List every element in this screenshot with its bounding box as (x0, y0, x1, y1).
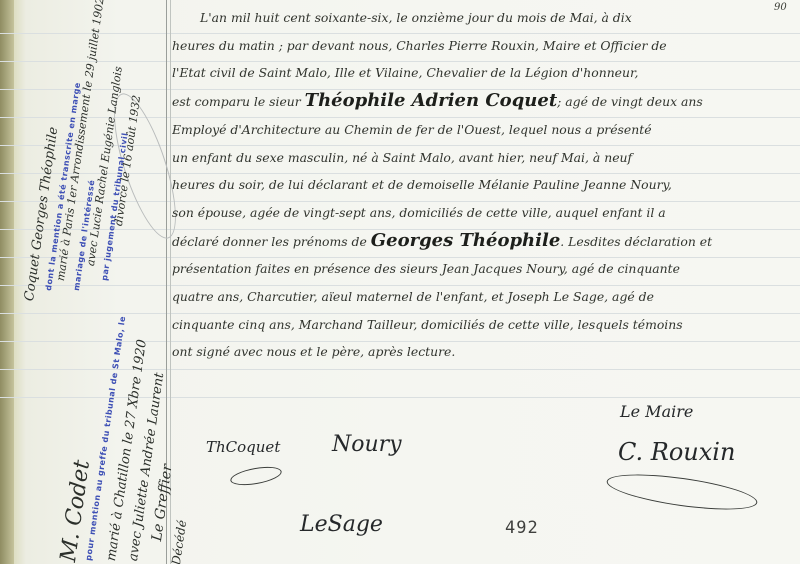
entry-line: quatre ans, Charcutier, aïeul maternel d… (172, 283, 792, 311)
entry-line-child: déclaré donner les prénoms de Georges Th… (172, 227, 792, 256)
entry-line: ont signé avec nous et le père, après le… (172, 338, 792, 366)
book-binding (0, 0, 14, 564)
register-number-stamp: 492 (505, 518, 539, 538)
entry-line: heures du matin ; par devant nous, Charl… (172, 32, 792, 60)
entry-line: un enfant du sexe masculin, né à Saint M… (172, 144, 792, 172)
register-page: Coquet Georges Théophile dont la mention… (0, 0, 800, 564)
margin-annotations: Coquet Georges Théophile dont la mention… (14, 0, 164, 564)
entry-line-father: est comparu le sieur Théophile Adrien Co… (172, 87, 792, 116)
entry-line: heures du soir, de lui déclarant et de d… (172, 171, 792, 199)
entry-line: son épouse, agée de vingt-sept ans, domi… (172, 199, 792, 227)
entry-body: L'an mil huit cent soixante-six, le onzi… (172, 4, 792, 366)
mayor-signature: C. Rouxin (618, 438, 735, 466)
entry-line: Employé d'Architecture au Chemin de fer … (172, 116, 792, 144)
father-flourish (229, 464, 283, 489)
entry-line: cinquante cinq ans, Marchand Tailleur, d… (172, 311, 792, 339)
margin-cross-note: Décédé (169, 519, 189, 564)
mayor-label: Le Maire (620, 402, 693, 421)
father-name: Théophile Adrien Coquet (305, 90, 557, 111)
entry-line: L'an mil huit cent soixante-six, le onzi… (172, 4, 792, 32)
entry-text: . Lesdites déclaration et (560, 234, 712, 249)
entry-line: l'Etat civil de Saint Malo, Ille et Vila… (172, 59, 792, 87)
entry-text: déclaré donner les prénoms de (172, 234, 367, 249)
entry-line: présentation faites en présence des sieu… (172, 255, 792, 283)
child-names: Georges Théophile (371, 230, 561, 251)
entry-text: est comparu le sieur (172, 94, 301, 109)
mayor-flourish (605, 468, 759, 517)
father-age: ; agé de vingt deux ans (557, 94, 703, 109)
witness-noury-signature: Noury (332, 432, 402, 457)
father-signature: ThCoquet (206, 438, 280, 456)
witness-lesage-signature: LeSage (300, 512, 383, 537)
